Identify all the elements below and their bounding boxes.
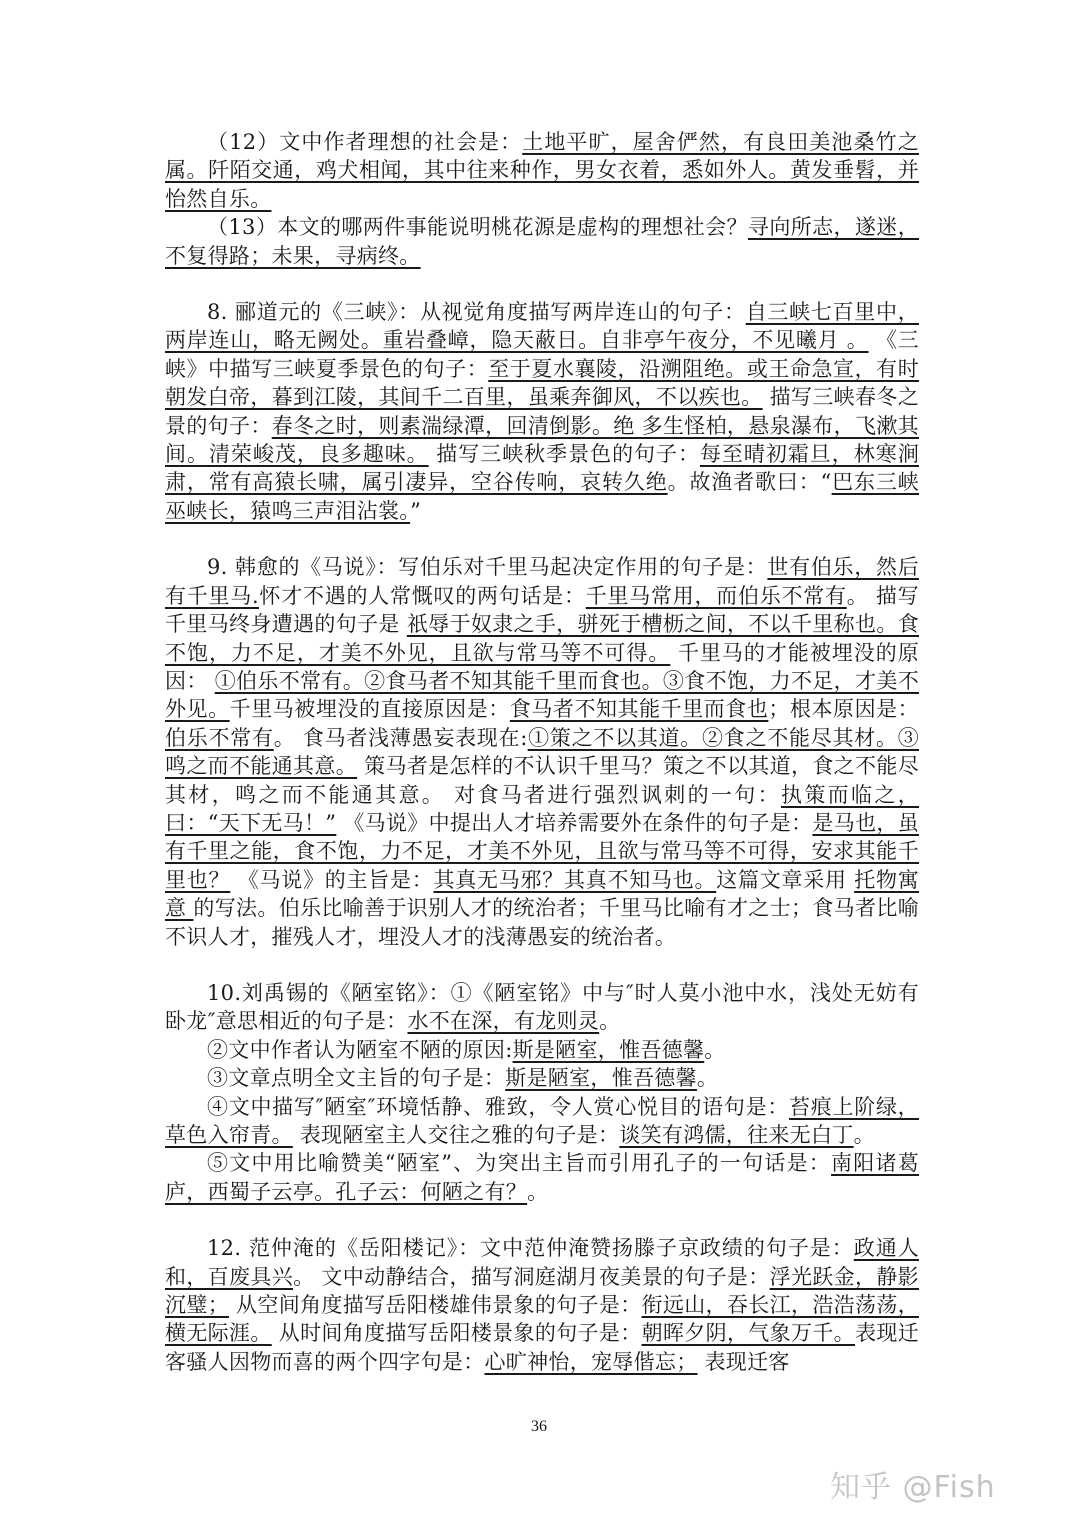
question-text: 从空间角度描写岳阳楼雄伟景象的句子是：	[229, 1293, 642, 1317]
answer-text: 水不在深，有龙则灵	[407, 1009, 599, 1033]
paragraph-item10-4: ④文中描写″陋室″环境恬静、雅致，令人赏心悦目的语句是：苔痕上阶绿，草色入帘青。…	[165, 1093, 919, 1150]
answer-text: 食马者不知其能千里而食也	[510, 697, 769, 721]
question-text: 8. 郦道元的《三峡》：从视觉角度描写两岸连山的句子：	[207, 300, 746, 324]
paragraph-item10: 10.刘禹锡的《陋室铭》：①《陋室铭》中与″时人莫小池中水，浅处无妨有卧龙″意思…	[165, 979, 919, 1036]
paragraph-item10-3: ③文章点明全文主旨的句子是：斯是陋室，惟吾德馨。	[165, 1064, 919, 1092]
question-text: 。	[854, 1123, 875, 1147]
question-text: 怀才不遇的人常慨叹的两句话是：	[259, 584, 586, 608]
question-text: 《马说》中提出人才培养需要外在条件的句子是：	[336, 811, 812, 835]
question-text: 的写法。伯乐比喻善于识别人才的统治者；千里马比喻有才之士；食马者比喻不识人才，摧…	[165, 896, 919, 948]
question-text: 12. 范仲淹的《岳阳楼记》：文中范仲淹赞扬滕子京政绩的句子是：	[207, 1236, 854, 1260]
answer-text: 千里马常用，而伯乐不常有	[586, 584, 847, 608]
question-text: 。故渔者歌曰：“	[668, 470, 832, 494]
answer-text: 心旷神怡，宠辱偕忘；	[485, 1350, 698, 1374]
question-text: 。	[704, 1038, 725, 1062]
paragraph-q13: （13）本文的哪两件事能说明桃花源是虚构的理想社会？寻向所志，遂迷，不复得路；未…	[165, 213, 919, 270]
answer-text: 其真无马邪？其真不知马也。	[433, 868, 716, 892]
answer-text: 斯是陋室，惟吾德馨	[505, 1066, 697, 1090]
question-text: 。 食马者浅薄愚妄表现在:	[274, 726, 528, 750]
answer-text: 朝晖夕阴，气象万千。	[642, 1321, 855, 1345]
section-gap	[165, 951, 919, 979]
paragraph-item10-5: ⑤文中用比喻赞美“陋室”、为突出主旨而引用孔子的一句话是：南阳诸葛庐，西蜀子云亭…	[165, 1149, 919, 1206]
question-text: （12）文中作者理想的社会是：	[207, 130, 522, 154]
paragraph-q12: （12）文中作者理想的社会是：土地平旷，屋舍俨然，有良田美池桑竹之属。阡陌交通，…	[165, 128, 919, 213]
question-text: 表现迁客	[698, 1350, 790, 1374]
question-text: 描写三峡秋季景色的句子：	[429, 442, 700, 466]
question-text: 。	[599, 1009, 620, 1033]
document-page: （12）文中作者理想的社会是：土地平旷，屋舍俨然，有良田美池桑竹之属。阡陌交通，…	[165, 128, 919, 1376]
question-text: 这篇文章采用	[716, 868, 854, 892]
question-text: （13）本文的哪两件事能说明桃花源是虚构的理想社会？	[207, 215, 748, 239]
paragraph-item12: 12. 范仲淹的《岳阳楼记》：文中范仲淹赞扬滕子京政绩的句子是：政通人和，百废具…	[165, 1234, 919, 1376]
answer-text: 谈笑有鸿儒，往来无白丁	[619, 1123, 853, 1147]
question-text: 。	[527, 1180, 548, 1204]
question-text: ③文章点明全文主旨的句子是：	[207, 1066, 505, 1090]
answer-text: 斯是陋室，惟吾德馨	[513, 1038, 705, 1062]
paragraph-item10-2: ②文中作者认为陋室不陋的原因:斯是陋室，惟吾德馨。	[165, 1036, 919, 1064]
section-gap	[165, 270, 919, 298]
section-gap	[165, 525, 919, 553]
question-text: 表现陋室主人交往之雅的句子是：	[293, 1123, 619, 1147]
question-text: 。 文中动静结合，描写洞庭湖月夜美景的句子是：	[293, 1265, 770, 1289]
question-text: ”	[410, 499, 421, 523]
question-text: ②文中作者认为陋室不陋的原因:	[207, 1038, 513, 1062]
page-number: 36	[531, 1418, 547, 1436]
question-text: ④文中描写″陋室″环境恬静、雅致，令人赏心悦目的语句是：	[207, 1095, 789, 1119]
question-text: 从时间角度描写岳阳楼景象的句子是：	[272, 1321, 642, 1345]
section-gap	[165, 1206, 919, 1234]
question-text: 《马说》的主旨是：	[230, 868, 433, 892]
question-text: ⑤文中用比喻赞美“陋室”、为突出主旨而引用孔子的一句话是：	[207, 1151, 831, 1175]
zhihu-watermark: 知乎 @Fish	[830, 1462, 996, 1506]
question-text: 9. 韩愈的《马说》：写伯乐对千里马起决定作用的句子是：	[207, 555, 767, 579]
paragraph-item8: 8. 郦道元的《三峡》：从视觉角度描写两岸连山的句子：自三峡七百里中，两岸连山，…	[165, 298, 919, 525]
question-text: 。	[697, 1066, 718, 1090]
question-text: ；根本原因是：	[768, 697, 919, 721]
answer-text: 春冬之时，则素湍绿潭，回清倒影。	[272, 414, 613, 438]
answer-text: 伯乐不常有	[165, 726, 274, 750]
question-text: 千里马被埋没的直接原因是：	[230, 697, 510, 721]
paragraph-item9: 9. 韩愈的《马说》：写伯乐对千里马起决定作用的句子是：世有伯乐，然后有千里马.…	[165, 553, 919, 951]
